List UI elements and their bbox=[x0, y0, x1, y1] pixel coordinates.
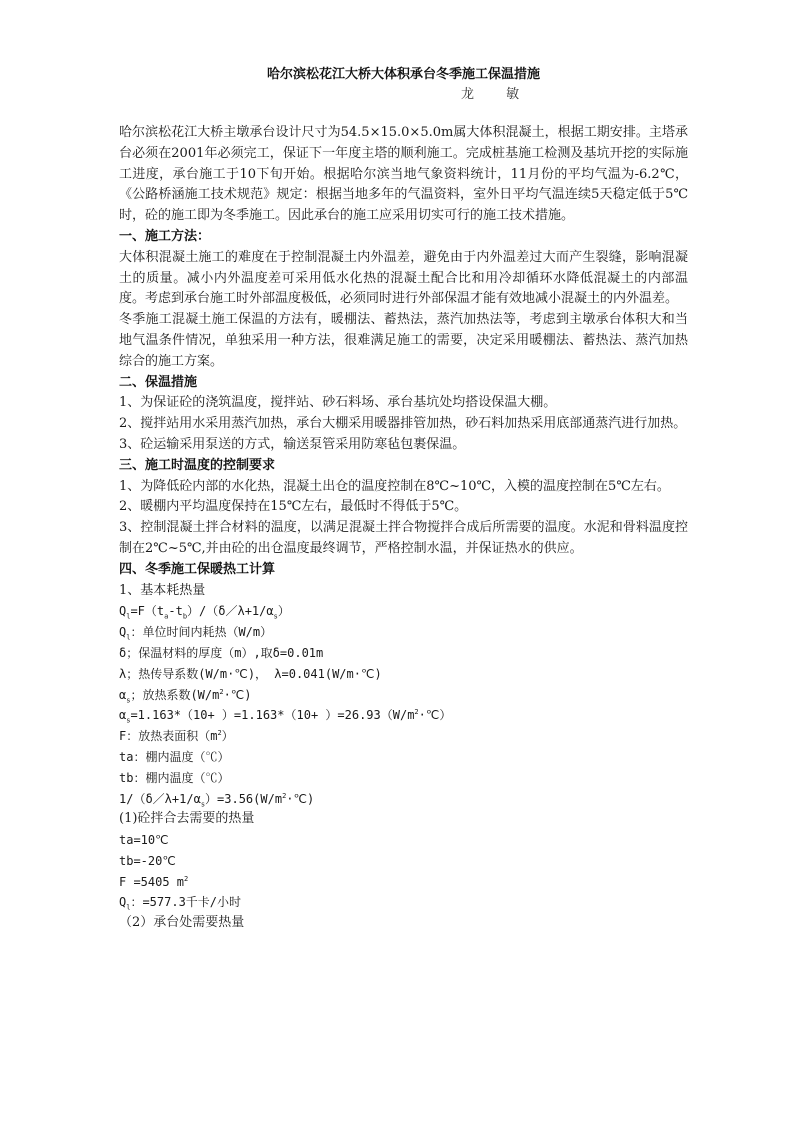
formula-part: F =5405 m bbox=[119, 875, 184, 889]
tb-definition: tb：棚内温度（℃） bbox=[119, 768, 688, 789]
subheading: 1、基本耗热量 bbox=[119, 581, 688, 602]
definition-text: ·℃) bbox=[224, 688, 252, 702]
subsection-heading-2: （2）承台处需要热量 bbox=[119, 913, 688, 934]
list-item: 1、为保证砼的浇筑温度，搅拌站、砂石料场、承台基坑处均搭设保温大棚。 bbox=[119, 393, 688, 414]
formula-part: ）=3.56(W/m bbox=[205, 792, 282, 806]
list-item: 3、控制混凝土拌合材料的温度，以满足混凝土拌合物搅拌合成后所需要的温度。水泥和骨… bbox=[119, 518, 688, 560]
ta-value: ta=10℃ bbox=[119, 830, 688, 851]
list-item: 2、暖棚内平均温度保持在15℃左右，最低时不得低于5℃。 bbox=[119, 497, 688, 518]
alpha-value: αs=1.163*（10+ ）=1.163*（10+ ）=26.93（W/m2·… bbox=[119, 705, 688, 726]
paragraph: 冬季施工混凝土施工保温的方法有，暖棚法、蓄热法，蒸汽加热法等，考虑到主墩承台体积… bbox=[119, 310, 688, 372]
formula-part: =1.163*（10+ ）=1.163*（10+ ）=26.93（W/m bbox=[130, 708, 414, 722]
heat-loss-formula: Ql=F（ta-tb）/（δ／λ+1/αs） bbox=[119, 601, 688, 622]
paragraph: 大体积混凝土施工的难度在于控制混凝土内外温差，避免由于内外温差过大而产生裂缝，影… bbox=[119, 248, 688, 310]
section-heading-2: 二、保温措施 bbox=[119, 373, 688, 394]
subsection-heading-1: (1)砼拌合去需要的热量 bbox=[119, 809, 688, 830]
tb-value: tb=-20℃ bbox=[119, 851, 688, 872]
formula-part: ·℃） bbox=[419, 708, 452, 722]
formula-part: -t bbox=[168, 604, 182, 618]
formula-superscript: 2 bbox=[184, 875, 188, 883]
lambda-definition: λ；热传导系数(W/m·℃)， λ=0.041(W/m·℃) bbox=[119, 664, 688, 685]
section-heading-1: 一、施工方法： bbox=[119, 227, 688, 248]
formula-part: ） bbox=[278, 604, 290, 618]
formula-part: ·℃) bbox=[286, 792, 314, 806]
section-heading-4: 四、冬季施工保暖热工计算 bbox=[119, 560, 688, 581]
f-value: F =5405 m2 bbox=[119, 872, 688, 893]
ta-definition: ta：棚内温度（℃） bbox=[119, 747, 688, 768]
delta-definition: δ；保温材料的厚度（m）,取δ=0.01m bbox=[119, 643, 688, 664]
f-definition: F：放热表面积（m2） bbox=[119, 726, 688, 747]
document-title: 哈尔滨松花江大桥大体积承台冬季施工保温措施 bbox=[119, 65, 688, 85]
document-author: 龙 敏 bbox=[461, 85, 533, 105]
list-item: 2、搅拌站用水采用蒸汽加热，承台大棚采用暖器排管加热，砂石料加热采用底部通蒸汽进… bbox=[119, 414, 688, 435]
formula-part: ：=577.3千卡/小时 bbox=[130, 895, 241, 909]
definition-text: F：放热表面积（m bbox=[119, 729, 217, 743]
definition-text: ；放热系数(W/m bbox=[130, 688, 219, 702]
formula-part: =F（t bbox=[130, 604, 164, 618]
formula-part: ）/（δ／λ+1/α bbox=[187, 604, 274, 618]
list-item: 3、砼运输采用泵送的方式，输送泵管采用防寒毡包裹保温。 bbox=[119, 435, 688, 456]
definition-text: ：单位时间内耗热（W/m） bbox=[130, 625, 272, 639]
q-definition: Ql：单位时间内耗热（W/m） bbox=[119, 622, 688, 643]
formula-part: 1/（δ／λ+1/α bbox=[119, 792, 201, 806]
q-value: Ql：=577.3千卡/小时 bbox=[119, 892, 688, 913]
section-heading-3: 三、施工时温度的控制要求 bbox=[119, 456, 688, 477]
list-item: 1、为降低砼内部的水化热，混凝土出仓的温度控制在8℃~10℃，入模的温度控制在5… bbox=[119, 477, 688, 498]
inverse-resistance-value: 1/（δ／λ+1/αs）=3.56(W/m2·℃) bbox=[119, 789, 688, 810]
document-body: 哈尔滨松花江大桥主墩承台设计尺寸为54.5×15.0×5.0m属大体积混凝土，根… bbox=[119, 123, 688, 934]
alpha-definition: αs；放热系数(W/m2·℃) bbox=[119, 685, 688, 706]
intro-paragraph: 哈尔滨松花江大桥主墩承台设计尺寸为54.5×15.0×5.0m属大体积混凝土，根… bbox=[119, 123, 688, 227]
definition-text: ） bbox=[222, 729, 234, 743]
